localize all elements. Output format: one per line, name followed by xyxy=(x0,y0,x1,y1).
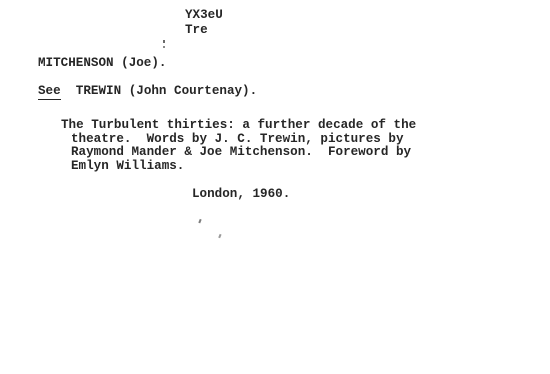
description-line-4: Emlyn Williams. xyxy=(71,160,416,174)
cross-reference-line: SeeTREWIN (John Courtenay). xyxy=(38,85,257,98)
imprint: London, 1960. xyxy=(192,188,290,201)
scan-artifact-tick xyxy=(198,219,201,223)
classmark-line-1: YX3eU xyxy=(185,9,223,22)
see-label: See xyxy=(38,84,61,100)
scan-artifact-dot xyxy=(163,46,165,48)
classmark-line-2: Tre xyxy=(185,24,208,37)
description-line-3: Raymond Mander & Joe Mitchenson. Forewor… xyxy=(71,146,416,160)
description-paragraph: The Turbulent thirties: a further decade… xyxy=(61,119,416,173)
catalog-card: YX3eU Tre MITCHENSON (Joe). SeeTREWIN (J… xyxy=(0,0,550,374)
see-target: TREWIN (John Courtenay). xyxy=(76,84,257,98)
entry-heading: MITCHENSON (Joe). xyxy=(38,57,166,70)
description-line-1: The Turbulent thirties: a further decade… xyxy=(61,119,416,133)
scan-artifact-dot xyxy=(163,40,165,43)
scan-artifact-tick xyxy=(218,234,221,238)
description-line-2: theatre. Words by J. C. Trewin, pictures… xyxy=(71,133,416,147)
